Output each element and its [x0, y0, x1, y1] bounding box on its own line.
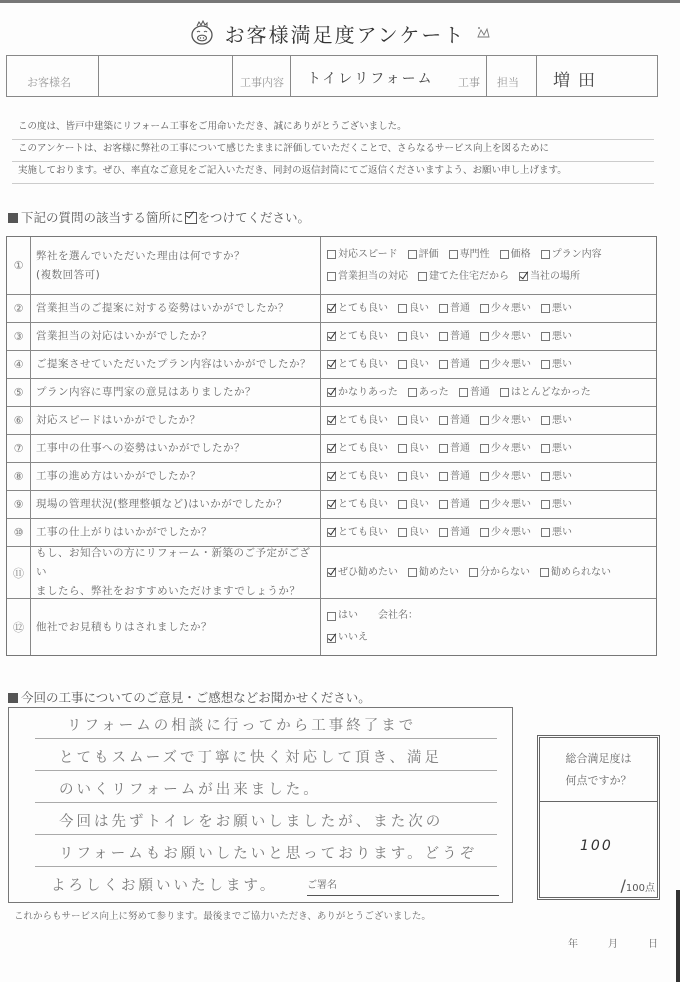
empty-box-icon[interactable] [500, 250, 509, 259]
page-title: お客様満足度アンケート [225, 19, 466, 48]
ruled-line [35, 770, 497, 771]
option-checkbox[interactable]: 普通 [459, 382, 490, 404]
scan-right-edge [676, 890, 680, 982]
ruled-line [35, 738, 497, 739]
question-options: とても良い良い普通少々悪い悪い [321, 407, 656, 434]
option-checkbox[interactable]: 良い [398, 466, 429, 488]
question-number: ① [7, 237, 31, 294]
question-row: ④ご提案させていただいたプラン内容はいかがでしたか？とても良い良い普通少々悪い悪… [7, 351, 656, 379]
empty-box-icon[interactable] [418, 272, 427, 281]
option-checkbox[interactable]: 分からない [469, 562, 530, 584]
option-checkbox[interactable]: 悪い [541, 522, 572, 544]
option-checkbox[interactable]: 営業担当の対応 [327, 266, 408, 288]
scan-top-edge [0, 0, 680, 3]
empty-box-icon[interactable] [439, 500, 448, 509]
empty-box-icon[interactable] [541, 332, 550, 341]
bullet-square-icon [8, 693, 18, 703]
comment-line: のいくリフォームが出来ました。 [59, 778, 321, 799]
empty-box-icon[interactable] [541, 360, 550, 369]
checked-box-icon[interactable] [519, 272, 528, 281]
option-checkbox[interactable]: 専門性 [449, 244, 490, 266]
question-text: 工事中の仕事への姿勢はいかがでしたか？ [31, 435, 321, 462]
ruled-line [35, 802, 497, 803]
ruled-line [35, 866, 497, 867]
staff-label: 担当 [497, 74, 519, 90]
question-text: ご提案させていただいたプラン内容はいかがでしたか？ [31, 351, 321, 378]
question-options: 対応スピード評価専門性価格プラン内容営業担当の対応建てた住宅だから当社の場所 [321, 237, 656, 294]
option-checkbox[interactable]: とても良い [327, 522, 388, 544]
question-options: とても良い良い普通少々悪い悪い [321, 295, 656, 322]
empty-box-icon[interactable] [480, 360, 489, 369]
empty-box-icon[interactable] [398, 500, 407, 509]
option-checkbox[interactable]: 良い [398, 326, 429, 348]
comments-heading: 今回の工事についてのご意見・ご感想などお聞かせください。 [8, 688, 371, 706]
question-options: とても良い良い普通少々悪い悪い [321, 491, 656, 518]
empty-box-icon[interactable] [469, 568, 478, 577]
empty-box-icon[interactable] [480, 416, 489, 425]
option-checkbox[interactable]: 少々悪い [480, 494, 531, 516]
staff-field[interactable]: 増田 [537, 56, 657, 96]
question-row: ⑪もし、お知合いの方にリフォーム・新築のご予定がございましたら、弊社をおすすめい… [7, 547, 656, 599]
question-number: ⑦ [7, 435, 31, 462]
footer-thanks: これからもサービス向上に努めて参ります。最後までご協力いただき、ありがとうござい… [14, 908, 431, 922]
question-row: ⑩工事の仕上がりはいかがでしたか？とても良い良い普通少々悪い悪い [7, 519, 656, 547]
empty-box-icon[interactable] [541, 250, 550, 259]
option-checkbox[interactable]: 普通 [439, 354, 470, 376]
question-row: ⑨現場の管理状況(整理整頓など)はいかがでしたか？とても良い良い普通少々悪い悪い [7, 491, 656, 519]
question-row: ②営業担当のご提案に対する姿勢はいかがでしたか？とても良い良い普通少々悪い悪い [7, 295, 656, 323]
empty-box-icon[interactable] [439, 416, 448, 425]
checked-box-icon[interactable] [327, 304, 336, 313]
empty-box-icon[interactable] [439, 332, 448, 341]
empty-box-icon[interactable] [541, 416, 550, 425]
checkbox-sample-icon [185, 212, 197, 224]
empty-box-icon[interactable] [439, 528, 448, 537]
question-text: 他社でお見積もりはされましたか？ [31, 599, 321, 655]
option-checkbox[interactable]: 対応スピード [327, 244, 398, 266]
option-checkbox[interactable]: 価格 [500, 244, 531, 266]
question-text: 対応スピードはいかがでしたか？ [31, 407, 321, 434]
option-checkbox[interactable]: とても良い [327, 494, 388, 516]
bullet-square-icon [8, 213, 18, 223]
empty-box-icon[interactable] [398, 360, 407, 369]
ruled-line [35, 834, 497, 835]
question-number: ⑥ [7, 407, 31, 434]
comment-line: とてもスムーズで丁寧に快く対応して頂き、満足 [59, 746, 442, 767]
question-number: ⑨ [7, 491, 31, 518]
option-checkbox[interactable]: はい [327, 605, 358, 627]
question-row: ③営業担当の対応はいかがでしたか？とても良い良い普通少々悪い悪い [7, 323, 656, 351]
option-checkbox[interactable]: かなりあった [327, 382, 398, 404]
checked-box-icon[interactable] [327, 332, 336, 341]
header: お客様満足度アンケート [0, 16, 680, 50]
option-checkbox[interactable]: 普通 [439, 298, 470, 320]
score-max: /100点 [621, 876, 655, 895]
option-checkbox[interactable]: とても良い [327, 438, 388, 460]
empty-box-icon[interactable] [439, 360, 448, 369]
staff-value: 増田 [553, 66, 603, 91]
question-number: ④ [7, 351, 31, 378]
option-checkbox[interactable]: 少々悪い [480, 354, 531, 376]
option-checkbox[interactable]: いいえ [327, 627, 368, 649]
empty-box-icon[interactable] [408, 388, 417, 397]
option-checkbox[interactable]: 普通 [439, 326, 470, 348]
work-content-label-cell: 工事内容 [233, 56, 291, 96]
overall-score-box: 総合満足度は 何点ですか？ 100 /100点 [537, 735, 660, 900]
option-checkbox[interactable]: 良い [398, 298, 429, 320]
staff-label-cell: 担当 [487, 56, 537, 96]
comment-line: 今回は先ずトイレをお願いしましたが、また次の [59, 810, 443, 831]
option-checkbox[interactable]: 少々悪い [480, 466, 531, 488]
empty-box-icon[interactable] [541, 528, 550, 537]
date-year-label: 年 [568, 935, 578, 950]
option-checkbox[interactable]: 普通 [439, 494, 470, 516]
checked-box-icon[interactable] [327, 568, 336, 577]
empty-box-icon[interactable] [480, 444, 489, 453]
option-checkbox[interactable]: 当社の場所 [519, 266, 580, 288]
option-checkbox[interactable]: 普通 [439, 466, 470, 488]
empty-box-icon[interactable] [480, 472, 489, 481]
option-checkbox[interactable]: とても良い [327, 326, 388, 348]
empty-box-icon[interactable] [480, 332, 489, 341]
signature-label: ご署名 [307, 880, 337, 891]
question-options: とても良い良い普通少々悪い悪い [321, 519, 656, 546]
question-text: 工事の進め方はいかがでしたか？ [31, 463, 321, 490]
score-value[interactable]: 100 [580, 838, 613, 854]
work-content-value: トイレリフォーム [307, 68, 434, 88]
score-question: 総合満足度は 何点ですか？ [540, 738, 657, 802]
option-checkbox[interactable]: 悪い [541, 354, 572, 376]
question-number: ② [7, 295, 31, 322]
option-checkbox[interactable]: 少々悪い [480, 438, 531, 460]
question-row: ⑤プラン内容に専門家の意見はありましたか？かなりあったあった普通はとんどなかった [7, 379, 656, 407]
work-content-label: 工事内容 [240, 74, 284, 90]
option-checkbox[interactable]: 良い [398, 438, 429, 460]
empty-box-icon[interactable] [439, 444, 448, 453]
intro-line: 実施しております。ぜひ、率直なご意見をご記入いただき、同封の返信封筒にてご返信く… [12, 162, 654, 184]
date-month-label: 月 [608, 935, 618, 950]
work-content-field[interactable]: トイレリフォーム 工事 [291, 56, 487, 96]
option-checkbox[interactable]: とても良い [327, 410, 388, 432]
question-options: かなりあったあった普通はとんどなかった [321, 379, 656, 406]
checked-box-icon[interactable] [327, 444, 336, 453]
empty-box-icon[interactable] [541, 444, 550, 453]
empty-box-icon[interactable] [327, 272, 336, 281]
customer-info-table: お客様名 工事内容 トイレリフォーム 工事 担当 増田 [6, 55, 658, 97]
option-checkbox[interactable]: 普通 [439, 410, 470, 432]
checked-box-icon[interactable] [327, 500, 336, 509]
option-checkbox[interactable]: 少々悪い [480, 410, 531, 432]
questions-heading: 下記の質問の該当する箇所にをつけてください。 [8, 208, 310, 226]
questions-table: ①弊社を選んでいただいた理由は何ですか？(複数回答可)対応スピード評価専門性価格… [6, 236, 657, 656]
option-checkbox[interactable]: とても良い [327, 298, 388, 320]
empty-box-icon[interactable] [541, 500, 550, 509]
question-number: ⑫ [7, 599, 31, 655]
signature-field[interactable]: ご署名 [307, 876, 499, 896]
option-checkbox[interactable]: 評価 [408, 244, 439, 266]
empty-box-icon[interactable] [408, 568, 417, 577]
question-options: とても良い良い普通少々悪い悪い [321, 351, 656, 378]
option-checkbox[interactable]: 普通 [439, 522, 470, 544]
comments-textarea[interactable]: リフォームの相談に行ってから工事終了まで とてもスムーズで丁寧に快く対応して頂き… [8, 707, 513, 903]
empty-box-icon[interactable] [541, 472, 550, 481]
customer-name-label: お客様名 [27, 74, 71, 90]
intro-text: この度は、皆戸中建築にリフォーム工事をご用命いただき、誠にありがとうございました… [12, 118, 654, 184]
question-row: ①弊社を選んでいただいた理由は何ですか？(複数回答可)対応スピード評価専門性価格… [7, 237, 656, 295]
empty-box-icon[interactable] [480, 500, 489, 509]
comment-line: よろしくお願いいたします。 [51, 874, 277, 895]
option-checkbox[interactable]: 悪い [541, 438, 572, 460]
question-number: ⑪ [7, 547, 31, 598]
option-checkbox[interactable]: プラン内容 [541, 244, 602, 266]
empty-box-icon[interactable] [449, 250, 458, 259]
option-checkbox[interactable]: 少々悪い [480, 298, 531, 320]
checked-box-icon[interactable] [327, 634, 336, 643]
empty-box-icon[interactable] [327, 612, 336, 621]
option-checkbox[interactable]: 少々悪い [480, 522, 531, 544]
question-options: とても良い良い普通少々悪い悪い [321, 323, 656, 350]
empty-box-icon[interactable] [459, 388, 468, 397]
empty-box-icon[interactable] [398, 528, 407, 537]
option-checkbox[interactable]: 悪い [541, 466, 572, 488]
option-checkbox[interactable]: とても良い [327, 466, 388, 488]
option-checkbox[interactable]: とても良い [327, 354, 388, 376]
question-text: 弊社を選んでいただいた理由は何ですか？(複数回答可) [31, 237, 321, 294]
question-row: ⑫他社でお見積もりはされましたか？はい会社名：いいえ [7, 599, 656, 655]
question-row: ⑥対応スピードはいかがでしたか？とても良い良い普通少々悪い悪い [7, 407, 656, 435]
empty-box-icon[interactable] [480, 304, 489, 313]
question-number: ⑧ [7, 463, 31, 490]
question-text: 営業担当のご提案に対する姿勢はいかがでしたか？ [31, 295, 321, 322]
empty-box-icon[interactable] [398, 332, 407, 341]
question-text: 現場の管理状況(整理整頓など)はいかがでしたか？ [31, 491, 321, 518]
date-day-label: 日 [648, 935, 658, 950]
option-checkbox[interactable]: 勧めたい [408, 562, 459, 584]
question-text: プラン内容に専門家の意見はありましたか？ [31, 379, 321, 406]
decorative-illustration-icon [475, 25, 491, 41]
checked-box-icon[interactable] [327, 416, 336, 425]
question-number: ⑤ [7, 379, 31, 406]
checked-box-icon[interactable] [327, 360, 336, 369]
question-options: とても良い良い普通少々悪い悪い [321, 463, 656, 490]
empty-box-icon[interactable] [480, 528, 489, 537]
option-checkbox[interactable]: ぜひ勧めたい [327, 562, 398, 584]
question-text: もし、お知合いの方にリフォーム・新築のご予定がございましたら、弊社をおすすめいた… [31, 547, 321, 598]
empty-box-icon[interactable] [408, 250, 417, 259]
comment-line: リフォームの相談に行ってから工事終了まで [67, 714, 416, 735]
option-checkbox[interactable]: 良い [398, 410, 429, 432]
pig-mascot-icon [189, 20, 215, 46]
option-checkbox[interactable]: はとんどなかった [500, 382, 591, 404]
option-checkbox[interactable]: あった [408, 382, 449, 404]
empty-box-icon[interactable] [327, 250, 336, 259]
question-options: はい会社名：いいえ [321, 599, 656, 655]
question-text: 工事の仕上がりはいかがでしたか？ [31, 519, 321, 546]
work-suffix-label: 工事 [458, 74, 480, 90]
option-checkbox[interactable]: 勧められない [540, 562, 611, 584]
option-checkbox[interactable]: 悪い [541, 410, 572, 432]
company-name-label: 会社名： [378, 605, 418, 627]
empty-box-icon[interactable] [439, 304, 448, 313]
option-checkbox[interactable]: 建てた住宅だから [418, 266, 509, 288]
option-checkbox[interactable]: 悪い [541, 326, 572, 348]
empty-box-icon[interactable] [398, 304, 407, 313]
question-row: ⑦工事中の仕事への姿勢はいかがでしたか？とても良い良い普通少々悪い悪い [7, 435, 656, 463]
comment-line: リフォームもお願いしたいと思っております。どうぞ [59, 842, 477, 863]
empty-box-icon[interactable] [439, 472, 448, 481]
empty-box-icon[interactable] [398, 444, 407, 453]
option-checkbox[interactable]: 良い [398, 522, 429, 544]
option-checkbox[interactable]: 良い [398, 494, 429, 516]
intro-line: この度は、皆戸中建築にリフォーム工事をご用命いただき、誠にありがとうございました… [12, 118, 654, 140]
checked-box-icon[interactable] [327, 528, 336, 537]
checked-box-icon[interactable] [327, 388, 336, 397]
intro-line: このアンケートは、お客様に弊社の工事について感じたままに評価していただくことで、… [12, 140, 654, 162]
option-checkbox[interactable]: 良い [398, 354, 429, 376]
customer-name-field[interactable] [99, 56, 233, 96]
question-number: ③ [7, 323, 31, 350]
option-checkbox[interactable]: 普通 [439, 438, 470, 460]
question-row: ⑧工事の進め方はいかがでしたか？とても良い良い普通少々悪い悪い [7, 463, 656, 491]
empty-box-icon[interactable] [398, 472, 407, 481]
option-checkbox[interactable]: 悪い [541, 298, 572, 320]
empty-box-icon[interactable] [398, 416, 407, 425]
option-checkbox[interactable]: 少々悪い [480, 326, 531, 348]
customer-name-label-cell: お客様名 [7, 56, 99, 96]
checked-box-icon[interactable] [327, 472, 336, 481]
question-options: とても良い良い普通少々悪い悪い [321, 435, 656, 462]
empty-box-icon[interactable] [500, 388, 509, 397]
option-checkbox[interactable]: 悪い [541, 494, 572, 516]
question-number: ⑩ [7, 519, 31, 546]
empty-box-icon[interactable] [540, 568, 549, 577]
question-text: 営業担当の対応はいかがでしたか？ [31, 323, 321, 350]
empty-box-icon[interactable] [541, 304, 550, 313]
question-options: ぜひ勧めたい勧めたい分からない勧められない [321, 547, 656, 598]
